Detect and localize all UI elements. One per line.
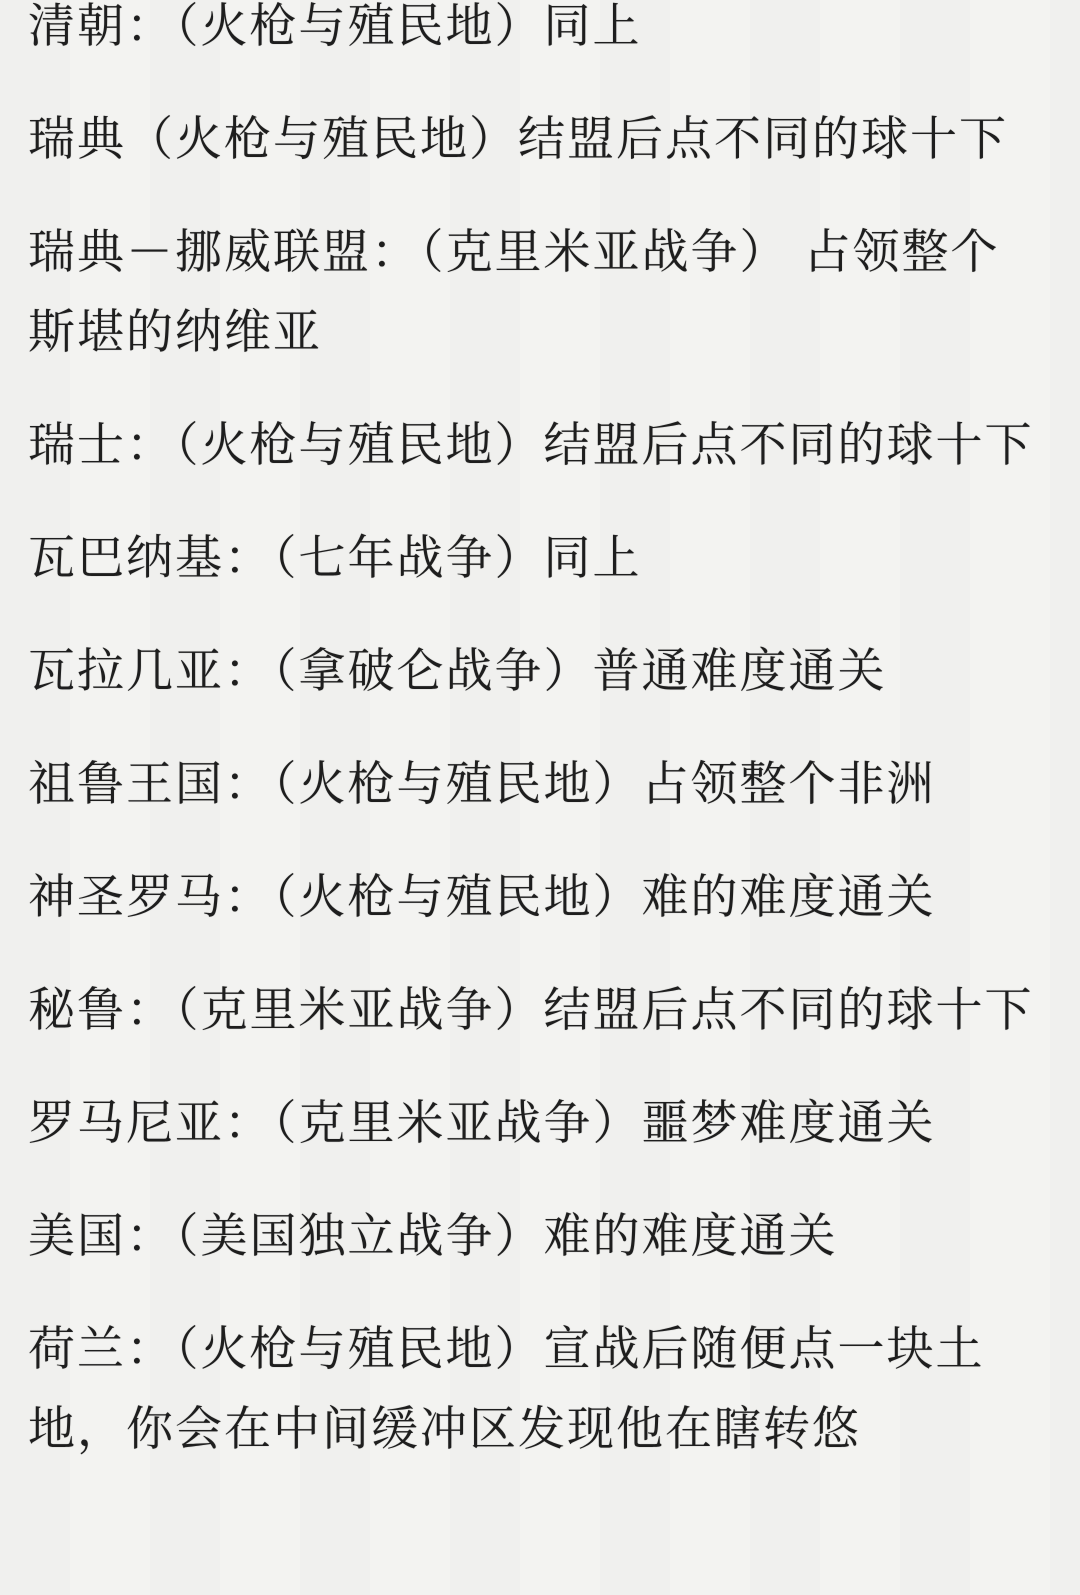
document-body: 清朝：（火枪与殖民地）同上 瑞典（火枪与殖民地）结盟后点不同的球十下 瑞典－挪威… xyxy=(0,0,1080,1469)
game-unlock-entry: 瑞典（火枪与殖民地）结盟后点不同的球十下 xyxy=(28,99,1036,179)
game-unlock-entry: 秘鲁：（克里米亚战争）结盟后点不同的球十下 xyxy=(28,970,1036,1050)
game-unlock-entry: 瑞典－挪威联盟：（克里米亚战争） 占领整个斯堪的纳维亚 xyxy=(28,212,1036,372)
game-unlock-entry: 罗马尼亚：（克里米亚战争）噩梦难度通关 xyxy=(28,1083,1036,1163)
game-unlock-entry: 瓦拉几亚：（拿破仑战争）普通难度通关 xyxy=(28,631,1036,711)
game-unlock-entry: 祖鲁王国：（火枪与殖民地）占领整个非洲 xyxy=(28,744,1036,824)
game-unlock-entry: 瓦巴纳基：（七年战争）同上 xyxy=(28,518,1036,598)
game-unlock-entry: 瑞士：（火枪与殖民地）结盟后点不同的球十下 xyxy=(28,405,1036,485)
game-unlock-entry: 清朝：（火枪与殖民地）同上 xyxy=(28,0,1036,66)
game-unlock-entry: 美国：（美国独立战争）难的难度通关 xyxy=(28,1196,1036,1276)
game-unlock-entry: 荷兰：（火枪与殖民地）宣战后随便点一块土地，你会在中间缓冲区发现他在瞎转悠 xyxy=(28,1309,1036,1469)
game-unlock-entry: 神圣罗马：（火枪与殖民地）难的难度通关 xyxy=(28,857,1036,937)
